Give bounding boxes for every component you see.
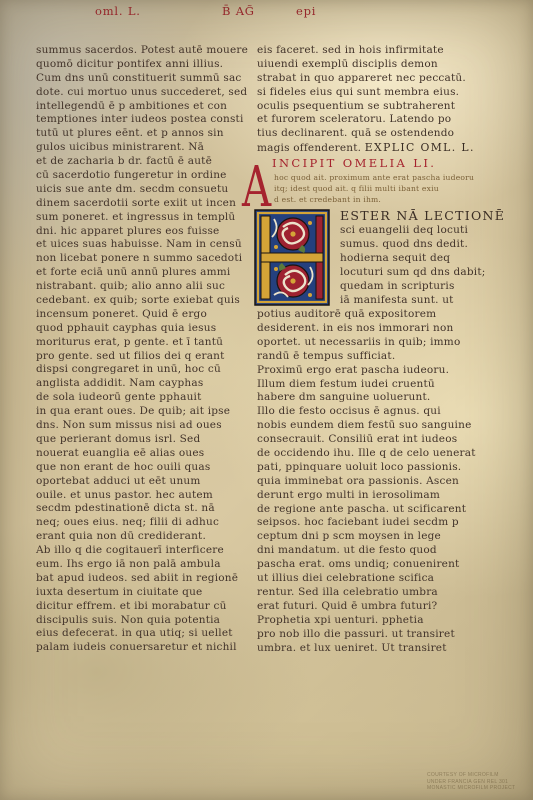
manuscript-line: in qua erant oues. De quib; ait ipse	[36, 405, 254, 419]
header-homily-number: oml. L.	[95, 4, 141, 18]
manuscript-line: erat futuri. Quid ē umbra futuri?	[257, 600, 473, 614]
manuscript-line: dispsi congregaret in unū, hoc cū	[36, 363, 254, 377]
manuscript-line: de regione ante pascha. ut scificarent	[257, 503, 473, 517]
manuscript-line: locuturi sum qd dns dabit;	[340, 266, 473, 280]
manuscript-line: iuxta desertum in ciuitate que	[36, 586, 254, 600]
manuscript-line: oculis psequentium se subtraherent	[257, 100, 473, 114]
manuscript-line: hodierna sequit deq	[340, 252, 473, 266]
manuscript-line: dns. Non sum missus nisi ad oues	[36, 419, 254, 433]
manuscript-line: intellegendū ē p ambitiones et con	[36, 100, 254, 114]
manuscript-line: cū sacerdotio fungeretur in ordine	[36, 169, 254, 183]
explicit-lead-text: magis offenderent.	[257, 142, 365, 154]
manuscript-line: temptiones inter iudeos postea consti	[36, 113, 254, 127]
manuscript-line: que perierant domus isrl. Sed	[36, 433, 254, 447]
header-author-abbrev: B̄ AG̃	[222, 4, 255, 18]
manuscript-line: ouile. et unus pastor. hec autem	[36, 489, 254, 503]
manuscript-line: tutū ut plures eēnt. et p annos sin	[36, 127, 254, 141]
illuminated-initial-H	[254, 209, 332, 307]
left-text-column: summus sacerdos. Potest autē mouerequomō…	[36, 44, 254, 655]
manuscript-line: bat apud iudeos. sed abiit in regionē	[36, 572, 254, 586]
manuscript-line: Ab illo q die cogitauerī interficere	[36, 544, 254, 558]
manuscript-line: dicitur effrem. et ibi morabatur cū	[36, 600, 254, 614]
manuscript-line: uicis sue ante dm. secdm consuetu	[36, 183, 254, 197]
right-column-top-lines: eis faceret. sed in hois infirmitateuiue…	[257, 44, 473, 141]
gloss-line: d est. et credebant in ihm.	[257, 194, 473, 205]
manuscript-line: et de zacharia b dr. factū ē autē	[36, 155, 254, 169]
manuscript-line: rentur. Sed illa celebratio umbra	[257, 586, 473, 600]
manuscript-line: Illo die festo occisus ē agnus. qui	[257, 405, 473, 419]
manuscript-line: eis faceret. sed in hois infirmitate	[257, 44, 473, 58]
manuscript-line: quia imminebat ora passionis. Ascen	[257, 475, 473, 489]
manuscript-line: consecrauit. Consiliū erat int iudeos	[257, 433, 473, 447]
manuscript-line: nistrabant. quib; alio anno alii suc	[36, 280, 254, 294]
manuscript-line: gulos uicibus ministrarent. Nā	[36, 141, 254, 155]
manuscript-line: pro gente. sed ut filios dei q erant	[36, 350, 254, 364]
manuscript-line: ceptum dni p scm moysen in lege	[257, 530, 473, 544]
manuscript-line: seipsos. hoc faciebant iudei secdm p	[257, 516, 473, 530]
manuscript-line: nobis eundem diem festū suo sanguine	[257, 419, 473, 433]
library-stamp: COURTESY OF MICROFILMUNDER FRANCIA GEN R…	[427, 772, 531, 792]
rubric-initial-A: A	[242, 162, 271, 214]
manuscript-line: et furorem sceleratoru. Latendo po	[257, 113, 473, 127]
manuscript-line: incensum poneret. Quid ē ergo	[36, 308, 254, 322]
manuscript-line: dinem sacerdotii sorte exiit ut incen	[36, 197, 254, 211]
manuscript-line: pro nob illo die passuri. ut transiret	[257, 628, 473, 642]
manuscript-line: sumus. quod dns dedit.	[340, 238, 473, 252]
manuscript-line: de occidendo ihu. Ille q de celo uenerat	[257, 447, 473, 461]
incipit-rubric: INCIPIT OMELIA LI.	[257, 155, 473, 172]
manuscript-line: palam iudeis conuersaretur et nichil	[36, 641, 254, 655]
manuscript-line: non licebat ponere n summo sacedoti	[36, 252, 254, 266]
manuscript-line: nouerat euanglia eē alias oues	[36, 447, 254, 461]
header-title-abbrev: epi	[296, 4, 316, 18]
manuscript-line: et uices suas habuisse. Nam in censū	[36, 238, 254, 252]
manuscript-line: erant quia non dū crediderant.	[36, 530, 254, 544]
manuscript-line: sum poneret. et ingressus in templū	[36, 211, 254, 225]
manuscript-line: habere dm sanguine uoluerunt.	[257, 391, 473, 405]
manuscript-line: dni. hic apparet plures eos fuisse	[36, 225, 254, 239]
manuscript-line: potius auditorē quā expositorem	[257, 308, 473, 322]
manuscript-line: discipulis suis. Non quia potentia	[36, 614, 254, 628]
manuscript-line: oportet. ut necessariis in quib; immo	[257, 336, 473, 350]
manuscript-line: moriturus erat, p gente. et ī tantū	[36, 336, 254, 350]
manuscript-line: secdm pdestinationē dicta st. nā	[36, 502, 254, 516]
opening-side-lines: sci euangelii deq locutisumus. quod dns …	[340, 224, 473, 307]
stamp-line: MONASTIC MICROFILM PROJECT	[427, 785, 531, 792]
manuscript-line: de sola iudeorū gente pphauit	[36, 391, 254, 405]
homily-opening-section: ESTER NĀ LECTIONĒ sci euangelii deq locu…	[257, 208, 473, 308]
gloss-line: itq; idest quod ait. q filii multi ibant…	[257, 183, 473, 194]
manuscript-line: pascha erat. oms undiq; conuenirent	[257, 558, 473, 572]
manuscript-line: eum. Ihs ergo iā non palā ambula	[36, 558, 254, 572]
manuscript-line: quomō dicitur pontifex anni illius.	[36, 58, 254, 72]
manuscript-line: dote. cui mortuo unus succederet, sed	[36, 86, 254, 100]
opening-display-capitals: ESTER NĀ LECTIONĒ	[340, 208, 473, 224]
manuscript-line: dni mandatum. ut die festo quod	[257, 544, 473, 558]
manuscript-line: cedebant. ex quib; sorte exiebat quis	[36, 294, 254, 308]
right-column-bottom-lines: potius auditorē quā expositoremdesideren…	[257, 308, 473, 655]
manuscript-line: randū ē tempus sufficiat.	[257, 350, 473, 364]
right-text-column: eis faceret. sed in hois infirmitateuiue…	[257, 44, 473, 655]
explicit-capitals: EXPLIC OML. L.	[365, 141, 475, 154]
manuscript-line: desiderent. in eis nos immorari non	[257, 322, 473, 336]
manuscript-line: iā manifesta sunt. ut	[340, 294, 473, 308]
manuscript-line: pati, ppinquare uoluit loco passionis.	[257, 461, 473, 475]
manuscript-page: oml. L. B̄ AG̃ epi summus sacerdos. Pote…	[0, 0, 533, 800]
manuscript-line: strabat in quo appareret nec peccatū.	[257, 72, 473, 86]
manuscript-line: Cum dns unū constituerit summū sac	[36, 72, 254, 86]
manuscript-line: quedam in scripturis	[340, 280, 473, 294]
manuscript-line: derunt ergo multi in ierosolimam	[257, 489, 473, 503]
manuscript-line: uiuendi exemplū disciplis demon	[257, 58, 473, 72]
manuscript-line: Prophetia xpi uenturi. pphetia	[257, 614, 473, 628]
interlinear-gloss: hoc quod ait. proximum ante erat pascha …	[257, 172, 473, 205]
illuminated-initial-H-art	[254, 209, 332, 307]
manuscript-line: Illum diem festum iudei cruentū	[257, 378, 473, 392]
manuscript-line: anglista addidit. Nam cayphas	[36, 377, 254, 391]
manuscript-line: eius defecerat. in qua utiq; si uellet	[36, 627, 254, 641]
manuscript-line: neq; oues eius. neq; filii di adhuc	[36, 516, 254, 530]
manuscript-line: ut illius diei celebratione scifica	[257, 572, 473, 586]
opening-text-block: ESTER NĀ LECTIONĒ sci euangelii deq locu…	[340, 208, 473, 307]
gloss-line: hoc quod ait. proximum ante erat pascha …	[257, 172, 473, 183]
manuscript-line: oportebat adduci ut eēt unum	[36, 475, 254, 489]
manuscript-line: sci euangelii deq locuti	[340, 224, 473, 238]
manuscript-line: et forte eciā unū annū plures ammi	[36, 266, 254, 280]
manuscript-line: Proximū ergo erat pascha iudeoru.	[257, 364, 473, 378]
manuscript-line: summus sacerdos. Potest autē mouere	[36, 44, 254, 58]
manuscript-line: umbra. et lux ueniret. Ut transiret	[257, 642, 473, 656]
manuscript-line: que non erant de hoc ouili quas	[36, 461, 254, 475]
manuscript-line: quod pphauit cayphas quia iesus	[36, 322, 254, 336]
manuscript-line: si fideles eius qui sunt membra eius.	[257, 86, 473, 100]
explicit-line: magis offenderent. EXPLIC OML. L.	[257, 141, 473, 155]
manuscript-line: tius declinarent. quā se ostendendo	[257, 127, 473, 141]
